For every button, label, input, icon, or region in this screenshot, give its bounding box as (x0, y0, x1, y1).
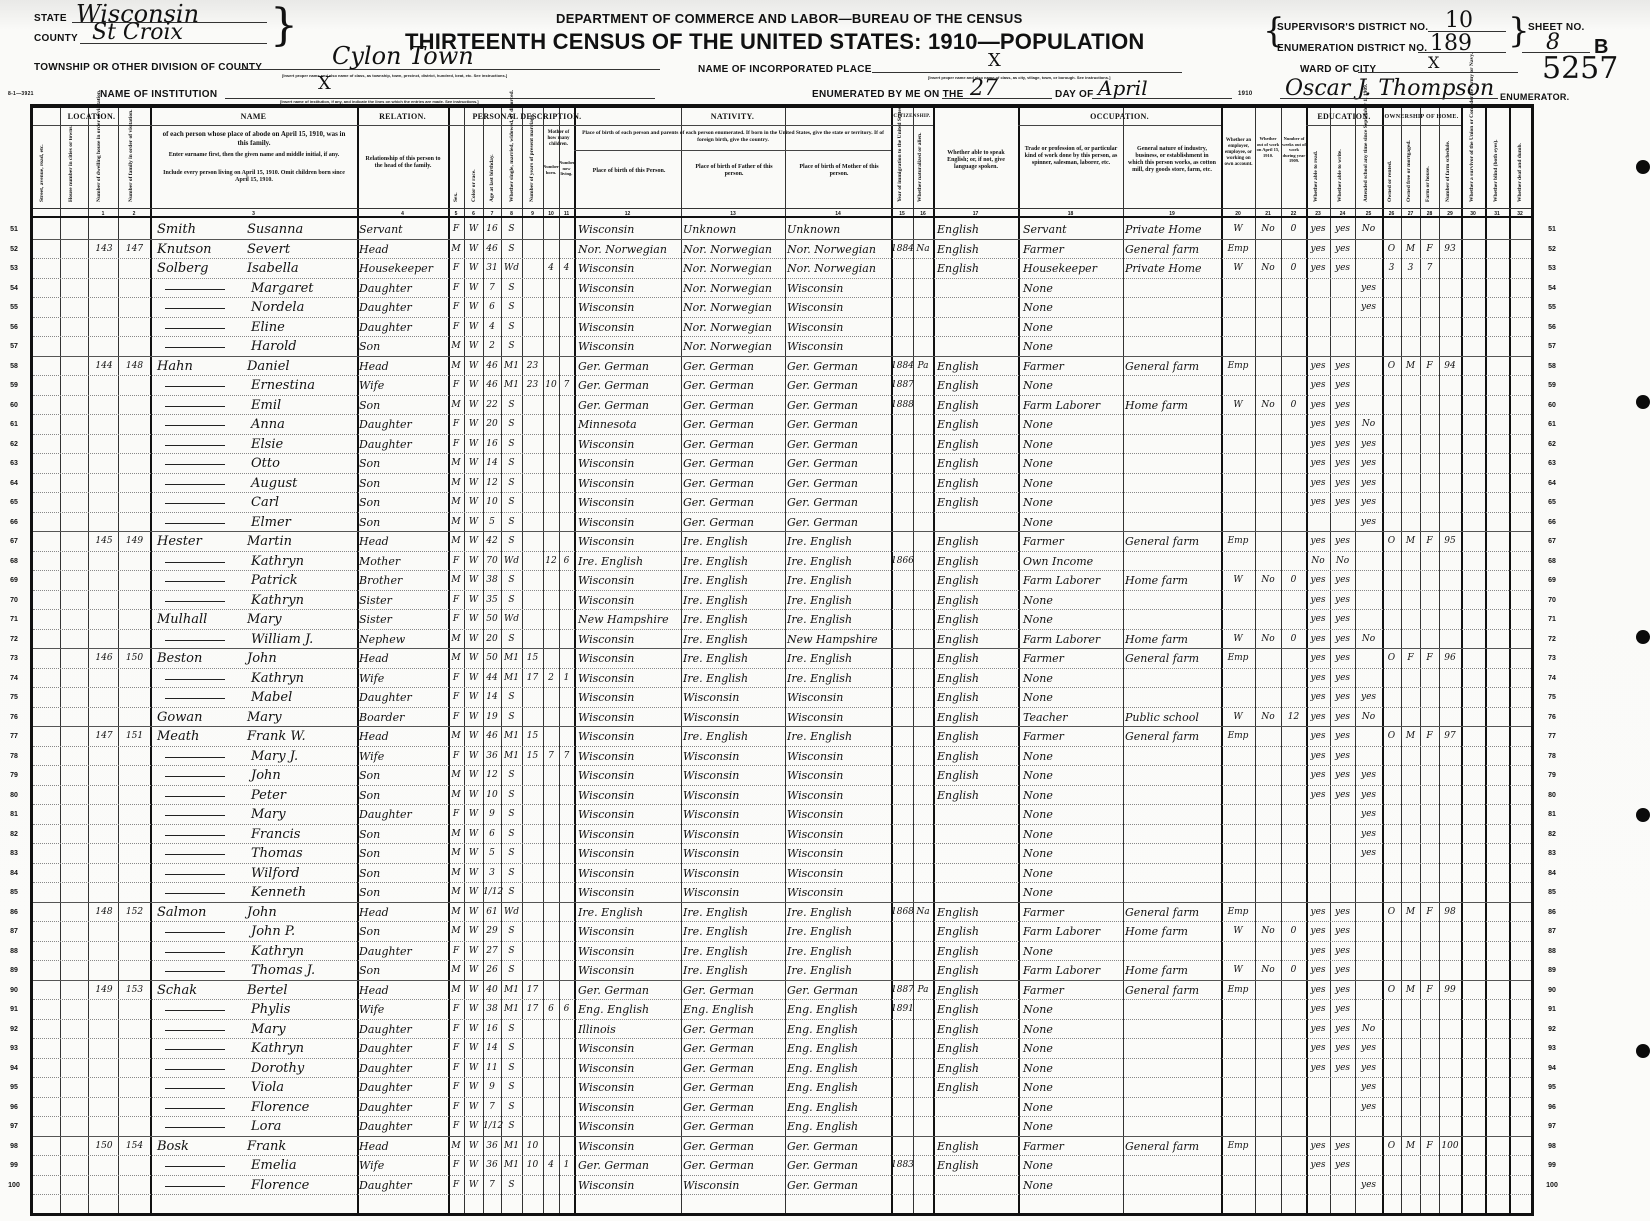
language (937, 337, 1017, 357)
farm-schedule: 95 (1439, 532, 1461, 552)
trade: Teacher (1023, 708, 1123, 728)
farm-schedule: 96 (1439, 649, 1461, 669)
farm-house (1420, 513, 1439, 533)
can-write: yes (1330, 1020, 1355, 1040)
can-write: yes (1330, 786, 1355, 806)
birthplace-father: Ger. German (683, 474, 785, 494)
immigration-year (891, 532, 913, 552)
dwelling-number (90, 961, 118, 981)
out-of-work: No (1255, 630, 1281, 650)
farm-house (1420, 298, 1439, 318)
immigration-year (891, 259, 913, 279)
free-mortgaged (1401, 474, 1420, 494)
age: 29 (483, 922, 501, 942)
industry (1125, 1059, 1221, 1079)
table-row: 147151MeathFrank W.HeadMW46M115Wisconsin… (33, 727, 1531, 747)
naturalization (913, 961, 933, 981)
colnum: 31 (1485, 209, 1509, 219)
children-born (543, 318, 559, 338)
attended-school (1355, 396, 1382, 416)
birthplace-mother: Wisconsin (787, 318, 891, 338)
farm-house (1420, 1176, 1439, 1196)
family-number (119, 766, 150, 786)
given-name: Harold (251, 337, 361, 357)
can-write: yes (1330, 396, 1355, 416)
naturalization (913, 513, 933, 533)
farm-house (1420, 922, 1439, 942)
surname (157, 435, 245, 455)
birthplace-person: Wisconsin (578, 532, 681, 552)
attended-school: yes (1355, 513, 1382, 533)
industry: Home farm (1125, 571, 1221, 591)
dwelling-number (90, 688, 118, 708)
naturalization (913, 766, 933, 786)
farm-house (1420, 961, 1439, 981)
language (937, 318, 1017, 338)
line-number: 72 (2, 636, 26, 643)
children-living (559, 318, 574, 338)
naturalization (913, 552, 933, 572)
naturalization (913, 630, 933, 650)
birthplace-mother: Wisconsin (787, 298, 891, 318)
age: 38 (483, 571, 501, 591)
race: W (464, 454, 483, 474)
attended-school (1355, 649, 1382, 669)
industry: Private Home (1125, 220, 1221, 240)
birthplace-father: Wisconsin (683, 844, 785, 864)
marital-status: S (501, 805, 522, 825)
out-of-work (1255, 1176, 1281, 1196)
birthplace-mother: Ire. English (787, 727, 891, 747)
farm-schedule: 93 (1439, 240, 1461, 260)
family-number: 153 (119, 981, 150, 1001)
free-mortgaged (1401, 454, 1420, 474)
census-title: THIRTEENTH CENSUS OF THE UNITED STATES: … (405, 29, 1145, 55)
age: 14 (483, 1039, 501, 1059)
attended-school: yes (1355, 435, 1382, 455)
language (937, 825, 1017, 845)
attended-school: yes (1355, 1039, 1382, 1059)
immigration-year (891, 649, 913, 669)
line-number: 78 (2, 753, 26, 760)
sex: M (448, 357, 464, 377)
can-read: yes (1306, 649, 1330, 669)
children-living (559, 298, 574, 318)
age: 12 (483, 474, 501, 494)
hdr-name-2: Enter surname first, then the given name… (157, 152, 351, 159)
line-number: 78 (1540, 753, 1564, 760)
age: 46 (483, 357, 501, 377)
table-row: WilfordSonMW3SWisconsinWisconsinWisconsi… (33, 864, 1531, 884)
race: W (464, 1137, 483, 1157)
sex: F (448, 435, 464, 455)
trade: None (1023, 805, 1123, 825)
age: 36 (483, 747, 501, 767)
owned-rented (1382, 961, 1401, 981)
attended-school (1355, 1156, 1382, 1176)
age: 16 (483, 220, 501, 240)
given-name: John P. (251, 922, 361, 942)
children-living (559, 727, 574, 747)
line-number: 76 (1540, 714, 1564, 721)
birthplace-person: Wisconsin (578, 1117, 681, 1137)
employment-class: Emp (1221, 649, 1255, 669)
colnum: 27 (1401, 209, 1420, 219)
age: 31 (483, 259, 501, 279)
surname (157, 415, 245, 435)
farm-house (1420, 435, 1439, 455)
employment-class (1221, 1039, 1255, 1059)
trade: None (1023, 493, 1123, 513)
owned-rented (1382, 454, 1401, 474)
attended-school (1355, 669, 1382, 689)
industry: General farm (1125, 727, 1221, 747)
weeks-out (1281, 883, 1306, 903)
birthplace-mother: Wisconsin (787, 708, 891, 728)
owned-rented (1382, 298, 1401, 318)
sex: M (448, 883, 464, 903)
line-number: 62 (2, 441, 26, 448)
surname (157, 298, 245, 318)
birthplace-mother: Ger. German (787, 1156, 891, 1176)
age: 11 (483, 1059, 501, 1079)
weeks-out (1281, 1117, 1306, 1137)
relation: Daughter (359, 318, 449, 338)
immigration-year (891, 337, 913, 357)
surname (157, 942, 245, 962)
family-number (119, 708, 150, 728)
language: English (937, 415, 1017, 435)
weeks-out (1281, 1176, 1306, 1196)
surname (157, 318, 245, 338)
incorporated-place-note: [Insert proper name and also name of cla… (928, 75, 1110, 80)
immigration-year (891, 747, 913, 767)
table-row: 148152SalmonJohnHeadMW61WdIre. EnglishIr… (33, 903, 1531, 923)
free-mortgaged (1401, 318, 1420, 338)
naturalization (913, 532, 933, 552)
children-born: 12 (543, 552, 559, 572)
dwelling-number: 145 (90, 532, 118, 552)
attended-school: yes (1355, 766, 1382, 786)
table-row: FrancisSonMW6SWisconsinWisconsinWisconsi… (33, 825, 1531, 845)
marital-status: S (501, 396, 522, 416)
race: W (464, 981, 483, 1001)
employment-class: W (1221, 922, 1255, 942)
race: W (464, 279, 483, 299)
children-living (559, 825, 574, 845)
relation: Head (359, 649, 449, 669)
weeks-out (1281, 981, 1306, 1001)
farm-house (1420, 1156, 1439, 1176)
employment-class (1221, 513, 1255, 533)
colnum: 18 (1018, 209, 1123, 219)
race: W (464, 1156, 483, 1176)
birthplace-person: Ger. German (578, 1156, 681, 1176)
industry (1125, 1176, 1221, 1196)
language (937, 513, 1017, 533)
surname: Solberg (157, 259, 245, 279)
birthplace-mother: Ire. English (787, 961, 891, 981)
age: 50 (483, 649, 501, 669)
children-living (559, 610, 574, 630)
language: English (937, 903, 1017, 923)
farm-schedule (1439, 396, 1461, 416)
children-living (559, 708, 574, 728)
farm-house (1420, 786, 1439, 806)
industry (1125, 786, 1221, 806)
age: 16 (483, 1020, 501, 1040)
table-row: PatrickBrotherMW38SWisconsinIre. English… (33, 571, 1531, 591)
can-write: yes (1330, 1156, 1355, 1176)
can-write: yes (1330, 981, 1355, 1001)
family-number (119, 1117, 150, 1137)
sex: M (448, 786, 464, 806)
line-number: 69 (2, 577, 26, 584)
farm-schedule (1439, 337, 1461, 357)
surname (157, 883, 245, 903)
free-mortgaged (1401, 747, 1420, 767)
language: English (937, 649, 1017, 669)
surname: Gowan (157, 708, 245, 728)
family-number (119, 435, 150, 455)
children-born (543, 454, 559, 474)
can-read (1306, 844, 1330, 864)
dwelling-number: 144 (90, 357, 118, 377)
birthplace-mother: Wisconsin (787, 337, 891, 357)
naturalization (913, 396, 933, 416)
surname: Mulhall (157, 610, 245, 630)
naturalization (913, 747, 933, 767)
out-of-work (1255, 454, 1281, 474)
relation: Head (359, 727, 449, 747)
relation: Servant (359, 220, 449, 240)
line-number: 66 (2, 519, 26, 526)
line-number: 86 (1540, 909, 1564, 916)
attended-school: No (1355, 630, 1382, 650)
surname (157, 1039, 245, 1059)
attended-school: yes (1355, 825, 1382, 845)
can-read: yes (1306, 240, 1330, 260)
farm-schedule (1439, 961, 1461, 981)
trade: None (1023, 610, 1123, 630)
line-number: 60 (2, 402, 26, 409)
hdr-school: Attended school any time since September… (1363, 132, 1369, 202)
birthplace-father: Ger. German (683, 981, 785, 1001)
table-row: 150154BoskFrankHeadMW36M110WisconsinGer.… (33, 1137, 1531, 1157)
dwelling-number (90, 1020, 118, 1040)
age: 46 (483, 727, 501, 747)
dwelling-number (90, 610, 118, 630)
children-born (543, 591, 559, 611)
birthplace-person: Wisconsin (578, 259, 681, 279)
children-born (543, 903, 559, 923)
sex: F (448, 376, 464, 396)
line-number: 69 (1540, 577, 1564, 584)
birthplace-father: Ire. English (683, 532, 785, 552)
table-row: 144148HahnDanielHeadMW46M123Ger. GermanG… (33, 357, 1531, 377)
attended-school (1355, 747, 1382, 767)
line-number: 89 (1540, 967, 1564, 974)
children-living: 4 (559, 259, 574, 279)
language (937, 1117, 1017, 1137)
owned-rented (1382, 1078, 1401, 1098)
table-row: ElsieDaughterFW16SWisconsinGer. GermanGe… (33, 435, 1531, 455)
line-number: 92 (2, 1026, 26, 1033)
dwelling-number (90, 630, 118, 650)
given-name: Nordela (251, 298, 361, 318)
immigration-year: 1868 (891, 903, 913, 923)
birthplace-person: Ger. German (578, 981, 681, 1001)
birthplace-person: Wisconsin (578, 1176, 681, 1196)
naturalization (913, 708, 933, 728)
farm-house (1420, 864, 1439, 884)
race: W (464, 630, 483, 650)
language: English (937, 552, 1017, 572)
marital-status: S (501, 883, 522, 903)
owned-rented (1382, 610, 1401, 630)
children-living (559, 649, 574, 669)
relation: Wife (359, 669, 449, 689)
surname: Schak (157, 981, 245, 1001)
industry (1125, 552, 1221, 572)
birthplace-person: Wisconsin (578, 571, 681, 591)
marital-status: S (501, 591, 522, 611)
family-number (119, 1098, 150, 1118)
enumerator-underline (1280, 98, 1498, 99)
owned-rented (1382, 1000, 1401, 1020)
relation: Head (359, 1137, 449, 1157)
birthplace-mother: Ire. English (787, 532, 891, 552)
years-married (522, 1117, 543, 1137)
children-living (559, 435, 574, 455)
language: English (937, 1000, 1017, 1020)
immigration-year (891, 435, 913, 455)
farm-schedule (1439, 825, 1461, 845)
relation: Son (359, 825, 449, 845)
owned-rented (1382, 825, 1401, 845)
marital-status: M1 (501, 1137, 522, 1157)
weeks-out (1281, 942, 1306, 962)
attended-school (1355, 1000, 1382, 1020)
enumerated-month: April (1098, 78, 1148, 98)
supervisor-label: Supervisor's District No. (1277, 22, 1428, 33)
hdr-street: Street, avenue, road, etc. (39, 132, 45, 202)
colnum: 14 (785, 209, 891, 219)
line-number: 87 (2, 928, 26, 935)
race: W (464, 435, 483, 455)
children-born: 7 (543, 747, 559, 767)
can-write: yes (1330, 942, 1355, 962)
dwelling-number (90, 1117, 118, 1137)
industry: Home farm (1125, 922, 1221, 942)
naturalization (913, 1078, 933, 1098)
immigration-year (891, 708, 913, 728)
binder-hole (1636, 630, 1650, 644)
race: W (464, 318, 483, 338)
weeks-out: 0 (1281, 961, 1306, 981)
immigration-year (891, 474, 913, 494)
can-write: yes (1330, 1039, 1355, 1059)
hdr-farm-schedule: Number of farm schedule. (1445, 132, 1451, 202)
birthplace-mother: Ire. English (787, 669, 891, 689)
birthplace-father: Wisconsin (683, 786, 785, 806)
age: 14 (483, 454, 501, 474)
birthplace-mother: Ger. German (787, 981, 891, 1001)
owned-rented (1382, 1020, 1401, 1040)
years-married (522, 591, 543, 611)
immigration-year (891, 1117, 913, 1137)
industry (1125, 513, 1221, 533)
out-of-work (1255, 1137, 1281, 1157)
free-mortgaged (1401, 1156, 1420, 1176)
marital-status: M1 (501, 357, 522, 377)
family-number (119, 279, 150, 299)
farm-house (1420, 766, 1439, 786)
weeks-out (1281, 513, 1306, 533)
sex: M (448, 844, 464, 864)
trade: Farm Laborer (1023, 571, 1123, 591)
line-number: 51 (2, 226, 26, 233)
dwelling-number (90, 571, 118, 591)
weeks-out (1281, 903, 1306, 923)
race: W (464, 1039, 483, 1059)
industry (1125, 610, 1221, 630)
employment-class: W (1221, 259, 1255, 279)
naturalization (913, 688, 933, 708)
naturalization (913, 1176, 933, 1196)
industry (1125, 415, 1221, 435)
children-born (543, 981, 559, 1001)
race: W (464, 864, 483, 884)
trade: Farm Laborer (1023, 961, 1123, 981)
farm-house (1420, 220, 1439, 240)
given-name: Francis (251, 825, 361, 845)
can-read: yes (1306, 630, 1330, 650)
hdr-birth-mother: Place of birth of Mother of this person. (791, 164, 887, 178)
line-number: 57 (1540, 343, 1564, 350)
table-row: AnnaDaughterFW20SMinnesotaGer. GermanGer… (33, 415, 1531, 435)
years-married (522, 396, 543, 416)
industry (1125, 1039, 1221, 1059)
employment-class (1221, 1059, 1255, 1079)
can-read (1306, 298, 1330, 318)
hdr-children-living: Number now living. (559, 160, 574, 177)
sex: F (448, 552, 464, 572)
attended-school (1355, 864, 1382, 884)
marital-status: M1 (501, 669, 522, 689)
children-born (543, 1020, 559, 1040)
out-of-work (1255, 1020, 1281, 1040)
birthplace-person: Wisconsin (578, 708, 681, 728)
farm-house: F (1420, 649, 1439, 669)
line-number: 100 (2, 1182, 26, 1189)
industry (1125, 435, 1221, 455)
language: English (937, 922, 1017, 942)
immigration-year (891, 1078, 913, 1098)
marital-status: S (501, 1020, 522, 1040)
surname (157, 1000, 245, 1020)
industry (1125, 766, 1221, 786)
surname (157, 493, 245, 513)
attended-school: yes (1355, 688, 1382, 708)
language: English (937, 961, 1017, 981)
surname (157, 454, 245, 474)
owned-rented (1382, 942, 1401, 962)
race: W (464, 669, 483, 689)
out-of-work (1255, 298, 1281, 318)
marital-status: M1 (501, 376, 522, 396)
language: English (937, 493, 1017, 513)
